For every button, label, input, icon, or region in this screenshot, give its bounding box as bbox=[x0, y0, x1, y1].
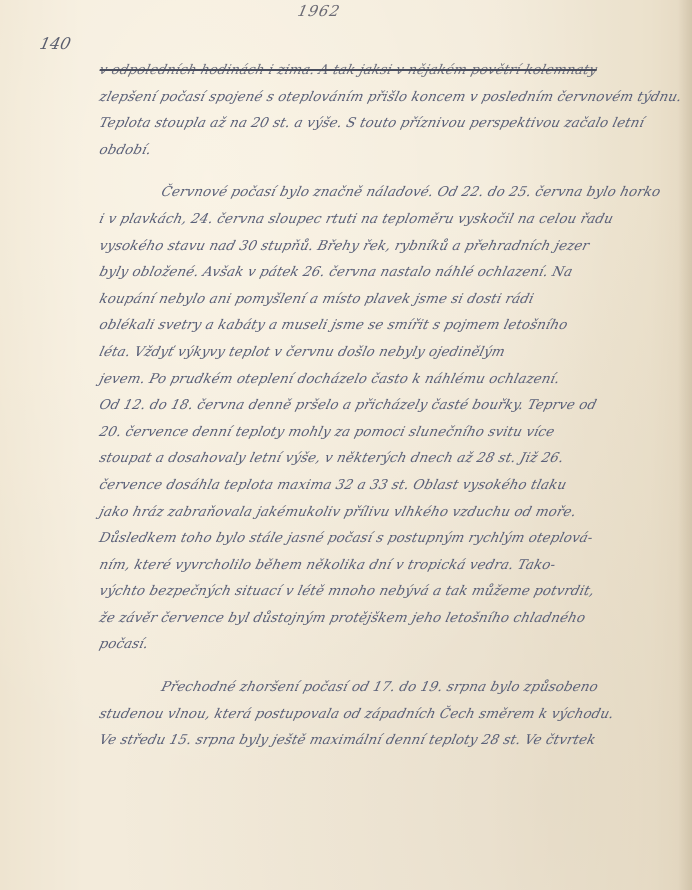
text-line-row: jevem. Po prudkém oteplení docházelo čas… bbox=[96, 367, 679, 394]
paragraph-gap bbox=[96, 659, 672, 675]
text-line-row: výchto bezpečných situací v létě mnoho n… bbox=[96, 579, 679, 606]
text-line-row: vysokého stavu nad 30 stupňů. Břehy řek,… bbox=[96, 234, 679, 261]
text-line-row: že závěr července byl důstojným protějšk… bbox=[96, 606, 679, 633]
text-line: zlepšení počasí spojené s oteplováním př… bbox=[96, 85, 685, 112]
text-line-row: studenou vlnou, která postupovala od záp… bbox=[96, 702, 679, 729]
year-header: 1962 bbox=[296, 2, 342, 20]
text-line-row: stoupat a dosahovaly letní výše, v někte… bbox=[96, 446, 679, 473]
text-line: ním, které vyvrcholilo během několika dn… bbox=[96, 553, 558, 580]
text-line-row: období. bbox=[96, 138, 679, 165]
text-line-row: koupání nebylo ani pomyšlení a místo pla… bbox=[96, 287, 679, 314]
text-line: léta. Vždyť výkyvy teplot v červnu došlo… bbox=[96, 340, 508, 367]
text-line: byly obložené. Avšak v pátek 26. června … bbox=[96, 260, 575, 287]
text-line: jako hráz zabraňovala jakémukoliv příliv… bbox=[96, 500, 579, 527]
text-line: Od 12. do 18. června denně pršelo a přic… bbox=[96, 393, 599, 420]
text-line: Ve středu 15. srpna byly ještě maximální… bbox=[96, 728, 598, 755]
chronicle-page: 1962 140 v odpoledních hodinách i zima. … bbox=[0, 0, 692, 890]
text-line: i v plavkách, 24. června sloupec rtuti n… bbox=[96, 207, 616, 234]
text-line: že závěr července byl důstojným protějšk… bbox=[96, 606, 588, 633]
paragraph-first-line: Červnové počasí bylo značně náladové. Od… bbox=[96, 180, 679, 207]
text-line: studenou vlnou, která postupovala od záp… bbox=[96, 702, 617, 729]
text-line-row: oblékali svetry a kabáty a museli jsme s… bbox=[96, 313, 679, 340]
text-line: 20. července denní teploty mohly za pomo… bbox=[96, 420, 557, 447]
text-line-row: Ve středu 15. srpna byly ještě maximální… bbox=[96, 728, 679, 755]
text-line-row: zlepšení počasí spojené s oteplováním př… bbox=[96, 85, 679, 112]
text-line: výchto bezpečných situací v létě mnoho n… bbox=[96, 579, 597, 606]
page-number: 140 bbox=[38, 34, 73, 53]
paragraph-gap bbox=[96, 164, 672, 180]
text-line: počasí. bbox=[96, 632, 151, 659]
text-line: jevem. Po prudkém oteplení docházelo čas… bbox=[96, 367, 562, 394]
text-line: oblékali svetry a kabáty a museli jsme s… bbox=[96, 313, 570, 340]
text-line-row: jako hráz zabraňovala jakémukoliv příliv… bbox=[96, 500, 679, 527]
text-line-row: počasí. bbox=[96, 632, 679, 659]
text-line: koupání nebylo ani pomyšlení a místo pla… bbox=[96, 287, 536, 314]
text-line: Přechodné zhoršení počasí od 17. do 19. … bbox=[158, 675, 601, 702]
text-line-row: ním, které vyvrcholilo během několika dn… bbox=[96, 553, 679, 580]
text-line: období. bbox=[96, 138, 154, 165]
text-line-row: léta. Vždyť výkyvy teplot v červnu došlo… bbox=[96, 340, 679, 367]
text-line: Červnové počasí bylo značně náladové. Od… bbox=[158, 180, 663, 207]
text-line-row: byly obložené. Avšak v pátek 26. června … bbox=[96, 260, 679, 287]
handwritten-body: v odpoledních hodinách i zima. A tak jak… bbox=[96, 58, 672, 755]
text-line: stoupat a dosahovaly letní výše, v někte… bbox=[96, 446, 566, 473]
text-line-row: července dosáhla teplota maxima 32 a 33 … bbox=[96, 473, 679, 500]
text-line-row: 20. července denní teploty mohly za pomo… bbox=[96, 420, 679, 447]
text-line-row: Od 12. do 18. června denně pršelo a přic… bbox=[96, 393, 679, 420]
paragraph-first-line: Přechodné zhoršení počasí od 17. do 19. … bbox=[96, 675, 679, 702]
struck-through-line: v odpoledních hodinách i zima. A tak jak… bbox=[96, 58, 679, 85]
text-line: v odpoledních hodinách i zima. A tak jak… bbox=[96, 58, 600, 85]
text-line: července dosáhla teplota maxima 32 a 33 … bbox=[96, 473, 569, 500]
text-line-row: Teplota stoupla až na 20 st. a výše. S t… bbox=[96, 111, 679, 138]
text-line: Teplota stoupla až na 20 st. a výše. S t… bbox=[96, 111, 647, 138]
text-line-row: Důsledkem toho bylo stále jasné počasí s… bbox=[96, 526, 679, 553]
text-line: Důsledkem toho bylo stále jasné počasí s… bbox=[96, 526, 596, 553]
text-line-row: i v plavkách, 24. června sloupec rtuti n… bbox=[96, 207, 679, 234]
text-line: vysokého stavu nad 30 stupňů. Břehy řek,… bbox=[96, 234, 592, 261]
